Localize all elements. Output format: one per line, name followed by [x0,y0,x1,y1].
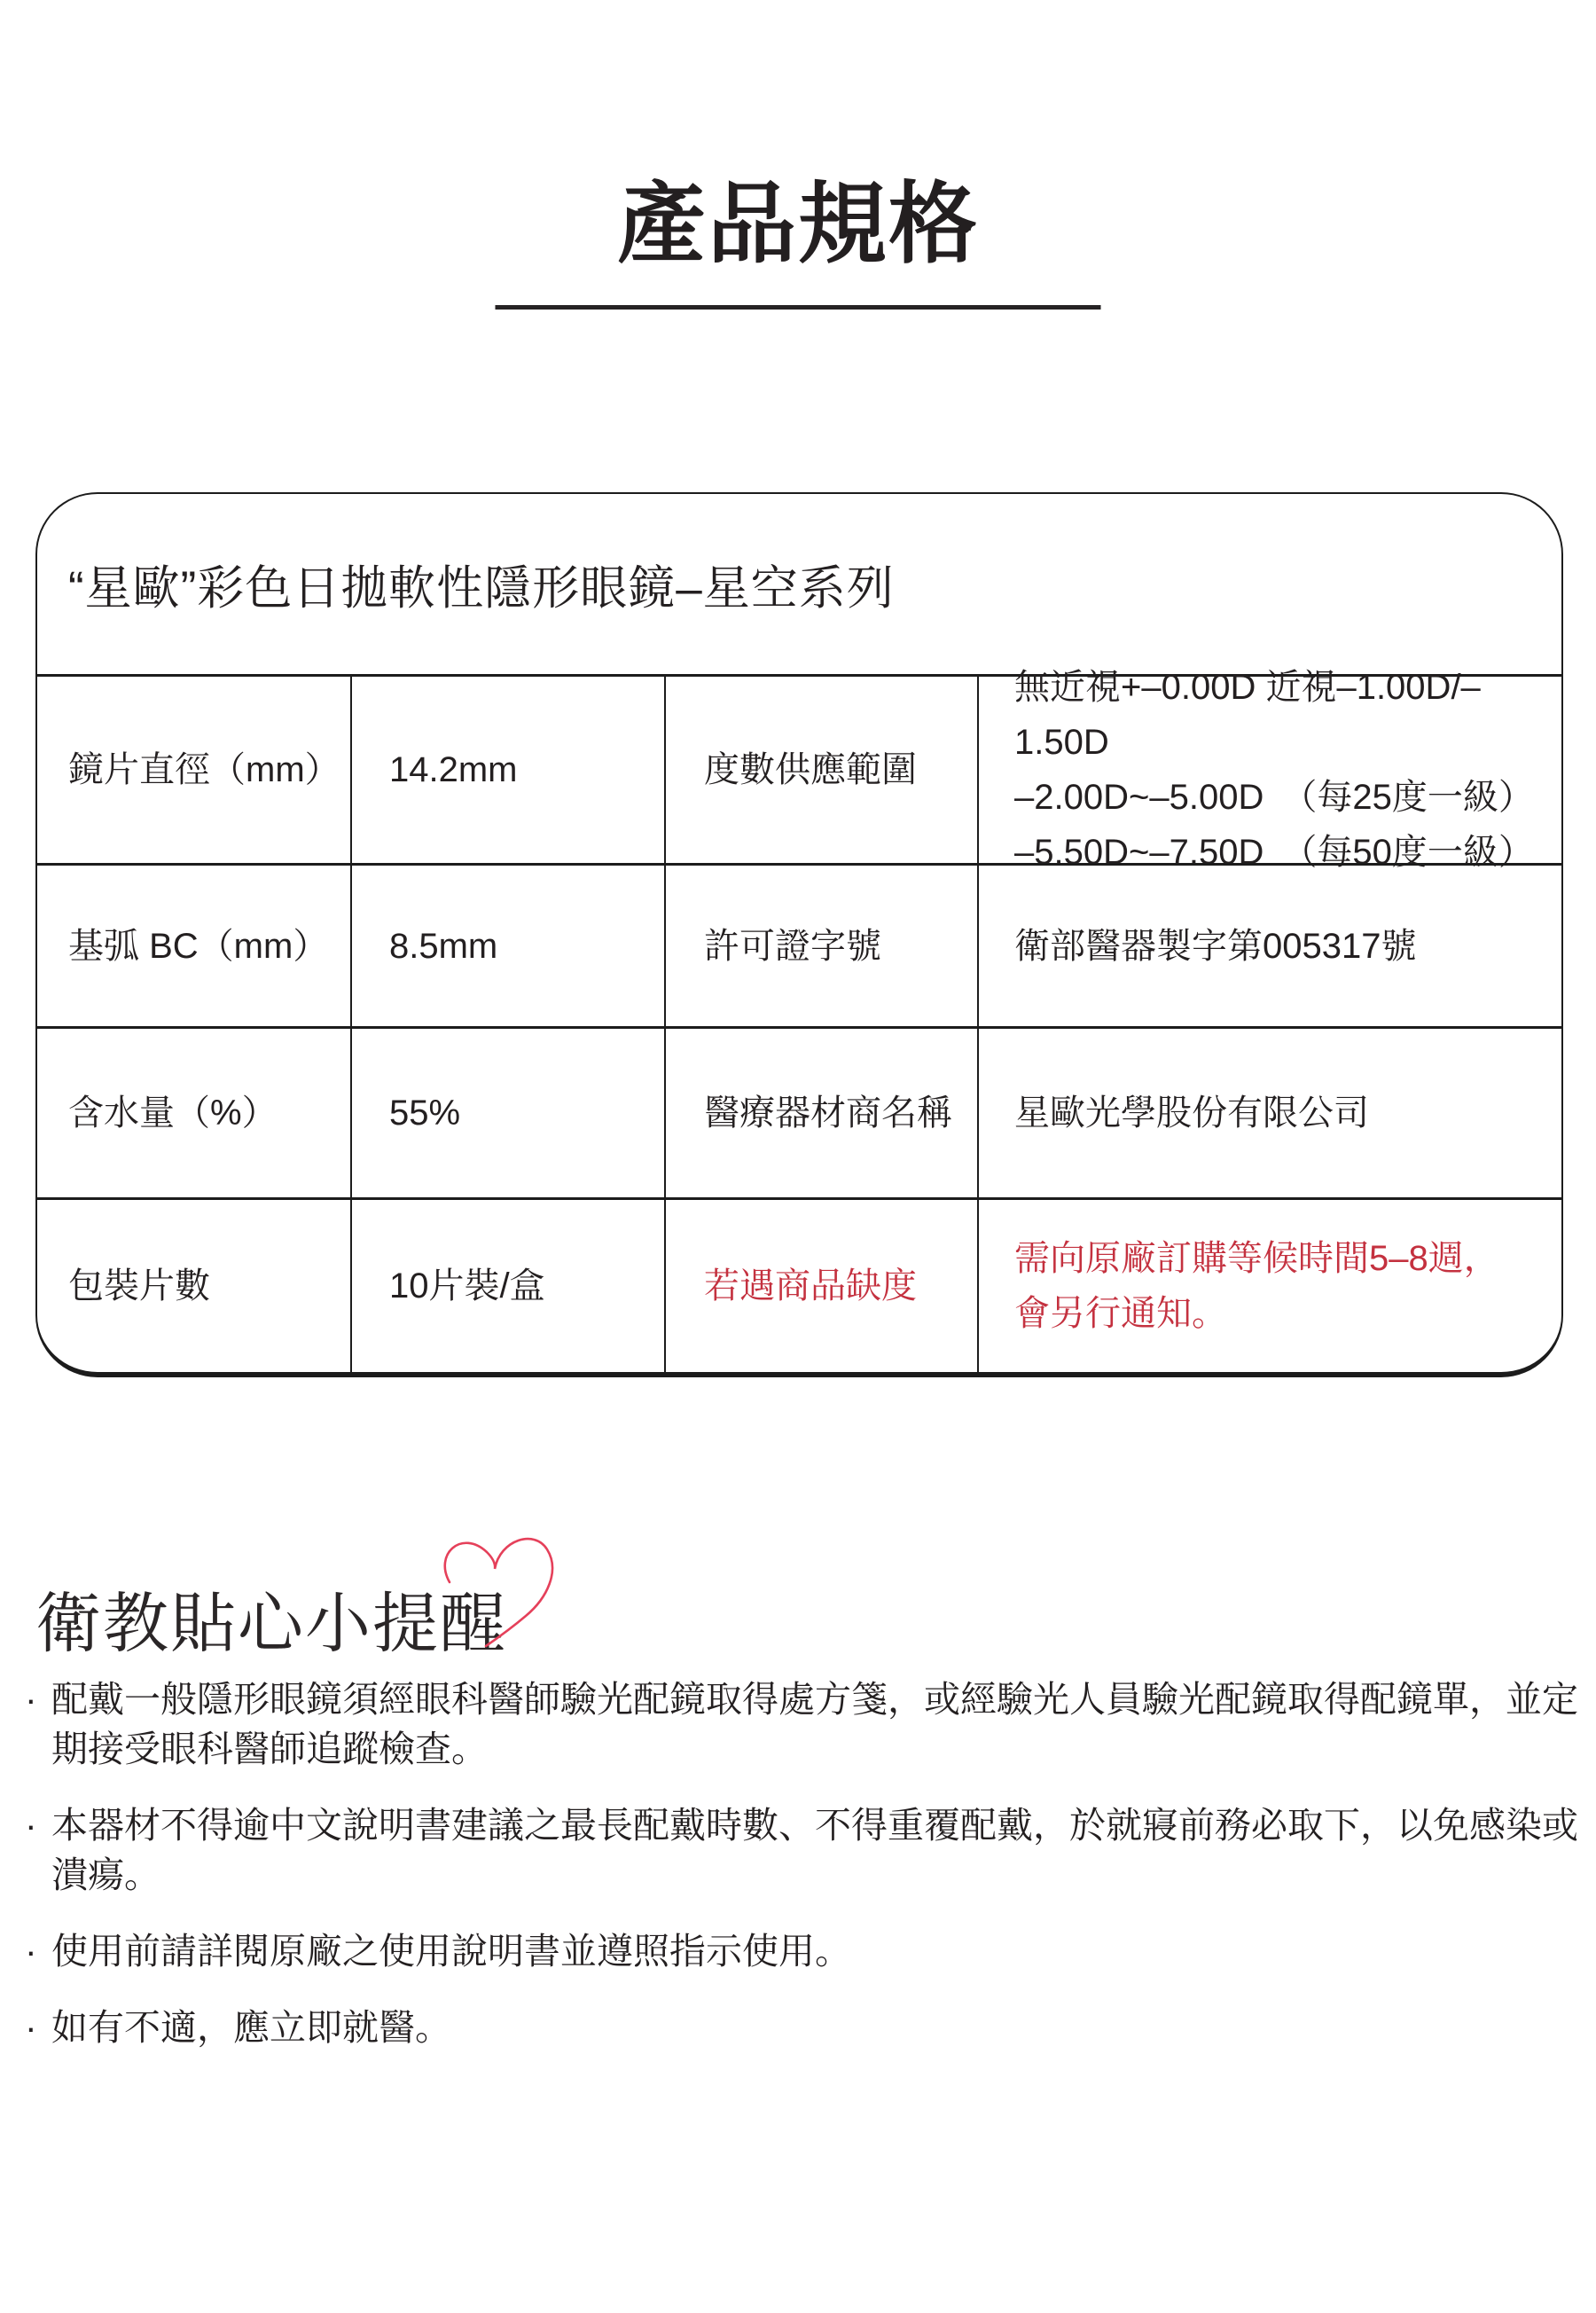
spec-card: “星歐”彩色日拋軟性隱形眼鏡–星空系列 鏡片直徑（mm） 14.2mm 度數供應… [35,492,1563,1377]
notice-bullet-4: · 如有不適，應立即就醫。 [25,2003,1587,2052]
spec-label-vendor-name: 醫療器材商名稱 [664,1026,977,1197]
spec-label-out-of-stock: 若遇商品缺度 [664,1197,977,1372]
spec-label-power-range: 度數供應範圍 [664,677,977,863]
bullet-dot: · [25,2003,51,2052]
product-name-header: “星歐”彩色日拋軟性隱形眼鏡–星空系列 [37,494,1561,674]
spec-value-base-curve: 8.5mm [350,863,664,1026]
page-title: 產品規格 [0,153,1596,280]
notice-bullet-1: · 配戴一般隱形眼鏡須經眼科醫師驗光配鏡取得處方箋，或經驗光人員驗光配鏡取得配鏡… [25,1674,1587,1774]
notice-bullet-1-text: 配戴一般隱形眼鏡須經眼科醫師驗光配鏡取得處方箋，或經驗光人員驗光配鏡取得配鏡單，… [51,1674,1587,1774]
spec-label-water-content: 含水量（%） [37,1026,350,1197]
notice-bullet-3: · 使用前請詳閱原廠之使用說明書並遵照指示使用。 [25,1926,1587,1976]
spec-value-vendor-name: 星歐光學股份有限公司 [977,1026,1561,1197]
spec-value-pack-count: 10片裝/盒 [350,1197,664,1372]
heart-outline-icon [428,1527,568,1650]
spec-label-lens-diameter: 鏡片直徑（mm） [37,677,350,863]
spec-label-license-number: 許可證字號 [664,863,977,1026]
bullet-dot: · [25,1926,51,1976]
bullet-dot: · [25,1674,51,1774]
spec-value-out-of-stock: 需向原廠訂購等候時間5–8週， 會另行通知。 [977,1197,1561,1372]
title-underline [496,305,1101,310]
spec-table: 鏡片直徑（mm） 14.2mm 度數供應範圍 無近視+–0.00D 近視–1.0… [37,674,1561,1372]
bullet-dot: · [25,1800,51,1900]
notice-bullet-2: · 本器材不得逾中文說明書建議之最長配戴時數、不得重覆配戴，於就寢前務必取下，以… [25,1800,1587,1900]
spec-value-water-content: 55% [350,1026,664,1197]
notice-bullet-2-text: 本器材不得逾中文說明書建議之最長配戴時數、不得重覆配戴，於就寢前務必取下，以免感… [51,1800,1587,1900]
spec-value-lens-diameter: 14.2mm [350,677,664,863]
spec-value-power-range: 無近視+–0.00D 近視–1.00D/–1.50D –2.00D~–5.00D… [977,677,1561,863]
notice-bullet-3-text: 使用前請詳閱原廠之使用說明書並遵照指示使用。 [51,1926,1587,1976]
spec-label-pack-count: 包裝片數 [37,1197,350,1372]
spec-value-license-number: 衛部醫器製字第005317號 [977,863,1561,1026]
notice-bullet-4-text: 如有不適，應立即就醫。 [51,2003,1587,2052]
spec-label-base-curve: 基弧 BC（mm） [37,863,350,1026]
notice-bullet-list: · 配戴一般隱形眼鏡須經眼科醫師驗光配鏡取得處方箋，或經驗光人員驗光配鏡取得配鏡… [25,1674,1587,2079]
